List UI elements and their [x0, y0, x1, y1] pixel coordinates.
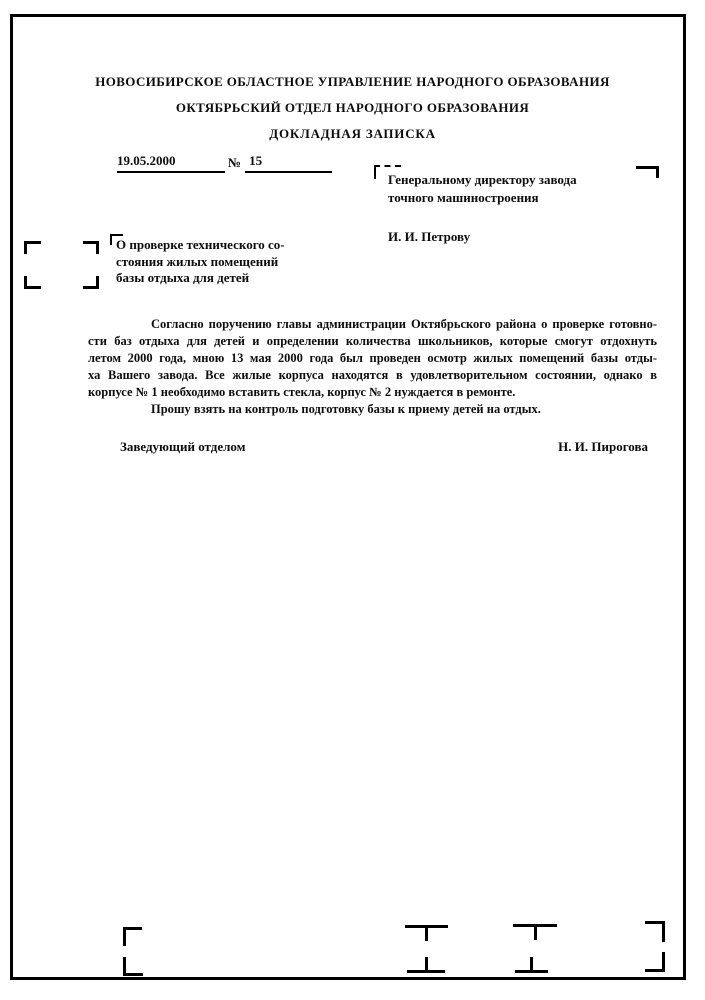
- signer-position: Заведующий отделом: [120, 439, 246, 455]
- document-type-title: ДОКЛАДНАЯ ЗАПИСКА: [0, 126, 705, 142]
- signer-name: Н. И. Пирогова: [558, 439, 648, 455]
- subject-block: О проверке технического со- стояния жилы…: [116, 237, 285, 287]
- bottom-tee-mark-2-top: [513, 924, 557, 940]
- bottom-tee-mark-1-bottom: [407, 957, 445, 973]
- signature-row: Заведующий отделом Н. И. Пирогова: [120, 439, 648, 455]
- subject-line: базы отдыха для детей: [116, 270, 285, 287]
- body-line: сти баз отдыха для детей и определении к…: [88, 333, 657, 350]
- subject-line: О проверке технического со-: [116, 237, 285, 254]
- number-sign: №: [228, 155, 241, 173]
- document-date: 19.05.2000: [117, 153, 225, 173]
- body-line: Прошу взять на контроль подготовку базы …: [88, 401, 657, 418]
- bottom-mark-right-bottom: [645, 952, 665, 972]
- body-line: Согласно поручению главы администрации О…: [88, 316, 657, 333]
- body-line: корпусе № 1 необходимо вставить стекла, …: [88, 384, 657, 401]
- addressee-name: И. И. Петрову: [388, 228, 577, 246]
- subject-mark-top-right: [83, 241, 99, 254]
- subject-mark-bottom-left: [24, 276, 41, 289]
- addressee-line2: точного машиностроения: [388, 189, 577, 207]
- addressee-block: Генеральному директору завода точного ма…: [388, 171, 577, 246]
- bottom-tee-mark-2-bottom: [515, 957, 548, 973]
- page-scan-border: [10, 14, 686, 980]
- subject-line: стояния жилых помещений: [116, 254, 285, 271]
- bottom-mark-left-bottom: [123, 957, 143, 976]
- body-line: ха Вашего завода. Все жилые корпуса нахо…: [88, 367, 657, 384]
- subject-mark-top-left: [24, 241, 41, 254]
- org-name-line1: НОВОСИБИРСКОЕ ОБЛАСТНОЕ УПРАВЛЕНИЕ НАРОД…: [0, 74, 705, 90]
- top-right-corner-mark: [636, 166, 659, 178]
- memo-document-page: НОВОСИБИРСКОЕ ОБЛАСТНОЕ УПРАВЛЕНИЕ НАРОД…: [0, 0, 705, 1000]
- reference-row: 19.05.2000 № 15: [117, 153, 332, 173]
- body-line: летом 2000 года, мною 13 мая 2000 года б…: [88, 350, 657, 367]
- memo-body: Согласно поручению главы администрации О…: [88, 316, 657, 418]
- bottom-mark-left-top: [123, 927, 142, 946]
- org-name-line2: ОКТЯБРЬСКИЙ ОТДЕЛ НАРОДНОГО ОБРАЗОВАНИЯ: [0, 100, 705, 116]
- document-number: 15: [245, 153, 332, 173]
- bottom-mark-right-top: [645, 921, 665, 942]
- addressee-line1: Генеральному директору завода: [388, 171, 577, 189]
- subject-mark-bottom-right: [83, 276, 99, 289]
- bottom-tee-mark-1-top: [405, 925, 448, 941]
